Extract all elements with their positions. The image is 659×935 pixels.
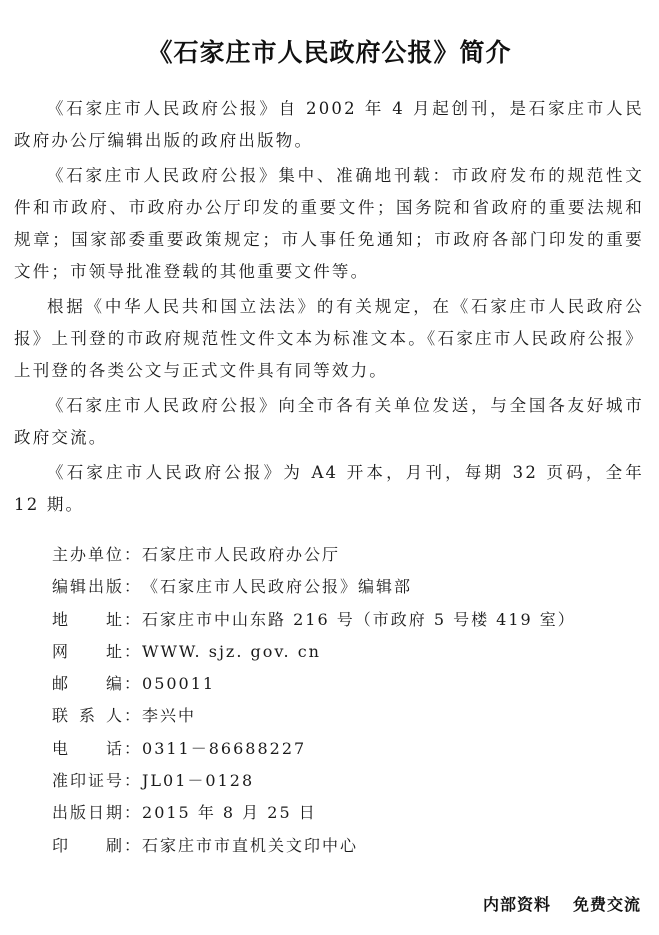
free-exchange-label: 免费交流: [573, 895, 641, 914]
introduction-body: 《石家庄市人民政府公报》自 2002 年 4 月起创刊，是石家庄市人民政府办公厅…: [14, 93, 644, 524]
paragraph-distribution: 《石家庄市人民政府公报》向全市各有关单位发送，与全国各友好城市政府交流。: [14, 390, 644, 454]
info-label: 编辑出版: [52, 571, 124, 603]
info-label: 准印证号: [52, 765, 124, 797]
info-row-website: 网址 ：WWW. sjz. gov. cn: [52, 636, 612, 668]
info-row-printer: 印刷 ：石家庄市市直机关文印中心: [52, 830, 612, 862]
info-row-postcode: 邮编 ：050011: [52, 668, 612, 700]
info-value: 050011: [142, 668, 215, 700]
info-row-address: 地址 ：石家庄市中山东路 216 号（市政府 5 号楼 419 室）: [52, 604, 612, 636]
info-value: 石家庄市人民政府办公厅: [142, 539, 340, 571]
info-row-phone: 电话 ：0311－86688227: [52, 733, 612, 765]
document-title: 《石家庄市人民政府公报》简介: [0, 33, 659, 69]
paragraph-content-scope: 《石家庄市人民政府公报》集中、准确地刊载：市政府发布的规范性文件和市政府、市政府…: [14, 160, 644, 288]
footer-notice: 内部资料免费交流: [483, 892, 641, 915]
internal-material-label: 内部资料: [483, 895, 551, 914]
info-label: 联系人: [52, 700, 124, 732]
info-value: 石家庄市市直机关文印中心: [142, 830, 358, 862]
info-value: 0311－86688227: [142, 733, 306, 765]
info-label: 邮编: [52, 668, 124, 700]
paragraph-legal-status: 根据《中华人民共和国立法法》的有关规定，在《石家庄市人民政府公报》上刊登的市政府…: [14, 291, 644, 387]
info-label: 网址: [52, 636, 124, 668]
info-colon: ：: [124, 636, 142, 668]
info-colon: ：: [124, 700, 142, 732]
paragraph-format: 《石家庄市人民政府公报》为 A4 开本，月刊，每期 32 页码，全年 12 期。: [14, 457, 644, 521]
info-colon: ：: [124, 797, 142, 829]
info-row-sponsor: 主办单位 ：石家庄市人民政府办公厅: [52, 539, 612, 571]
info-colon: ：: [124, 604, 142, 636]
info-value: 2015 年 8 月 25 日: [142, 797, 317, 829]
info-value: 《石家庄市人民政府公报》编辑部: [142, 571, 412, 603]
info-value: JL01－0128: [142, 765, 254, 797]
info-colon: ：: [124, 733, 142, 765]
info-row-contact: 联系人 ：李兴中: [52, 700, 612, 732]
info-value: 石家庄市中山东路 216 号（市政府 5 号楼 419 室）: [142, 604, 576, 636]
info-colon: ：: [124, 830, 142, 862]
website-link[interactable]: WWW. sjz. gov. cn: [142, 636, 321, 668]
info-label: 印刷: [52, 830, 124, 862]
info-label: 电话: [52, 733, 124, 765]
info-row-publish-date: 出版日期 ：2015 年 8 月 25 日: [52, 797, 612, 829]
info-row-editor: 编辑出版 ：《石家庄市人民政府公报》编辑部: [52, 571, 612, 603]
info-colon: ：: [124, 571, 142, 603]
paragraph-founding: 《石家庄市人民政府公报》自 2002 年 4 月起创刊，是石家庄市人民政府办公厅…: [14, 93, 644, 157]
info-colon: ：: [124, 765, 142, 797]
publication-info: 主办单位 ：石家庄市人民政府办公厅 编辑出版 ：《石家庄市人民政府公报》编辑部 …: [52, 539, 612, 862]
info-colon: ：: [124, 668, 142, 700]
info-colon: ：: [124, 539, 142, 571]
info-value: 李兴中: [142, 700, 196, 732]
info-label: 主办单位: [52, 539, 124, 571]
info-label: 地址: [52, 604, 124, 636]
info-row-permit: 准印证号 ：JL01－0128: [52, 765, 612, 797]
info-label: 出版日期: [52, 797, 124, 829]
